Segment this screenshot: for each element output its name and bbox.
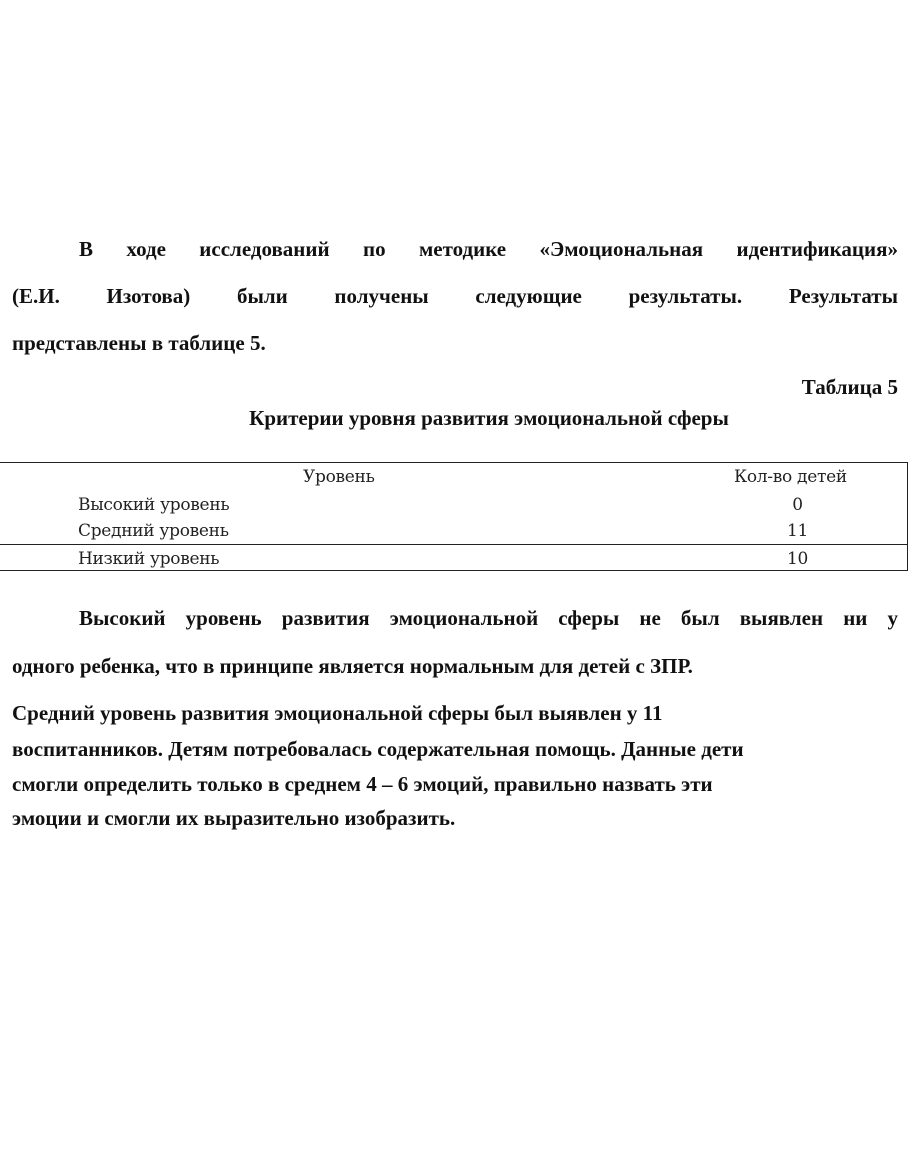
table-title: Критерии уровня развития эмоциональной с… — [0, 406, 910, 430]
table-row-level: Высокий уровень — [78, 495, 229, 515]
intro-line-1: В ходе исследований по методике «Эмоцион… — [79, 237, 898, 261]
medium-level-line-4: эмоции и смогли их выразительно изобрази… — [12, 806, 455, 830]
column-header-level: Уровень — [303, 467, 375, 487]
table-row-count: 11 — [750, 521, 845, 541]
table-label: Таблица 5 — [802, 375, 898, 399]
table-row-count: 10 — [750, 549, 845, 569]
levels-table: Уровень Кол-во детей Высокий уровень 0 С… — [0, 462, 908, 571]
medium-level-line-3: смогли определить только в среднем 4 – 6… — [12, 772, 713, 796]
high-level-line-1: Высокий уровень развития эмоциональной с… — [79, 606, 898, 630]
intro-line-2: (Е.И. Изотова) были получены следующие р… — [12, 284, 898, 308]
intro-line-3: представлены в таблице 5. — [12, 331, 266, 355]
medium-level-line-2: воспитанников. Детям потребовалась содер… — [12, 737, 744, 761]
medium-level-line-1: Средний уровень развития эмоциональной с… — [12, 701, 663, 725]
table-row-divider — [0, 544, 907, 545]
high-level-line-2: одного ребенка, что в принципе является … — [12, 654, 693, 678]
table-row-level: Средний уровень — [78, 521, 229, 541]
column-header-count: Кол-во детей — [734, 467, 847, 487]
table-row-count: 0 — [750, 495, 845, 515]
table-row-level: Низкий уровень — [78, 549, 219, 569]
